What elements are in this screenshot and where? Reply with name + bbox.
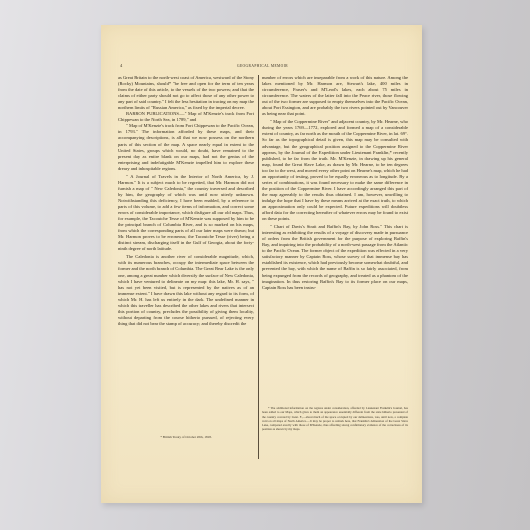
running-head: 4 GEOGRAPHICAL MEMOIR — [117, 63, 408, 71]
paragraph: BARRON PUBLICATIONS.—" Map of M'Kenzie's… — [118, 111, 254, 123]
document-page: 4 GEOGRAPHICAL MEMOIR as Great Britain t… — [101, 25, 422, 503]
paragraph: " A Journal of Travels in the Interior o… — [118, 174, 254, 253]
running-head-title: GEOGRAPHICAL MEMOIR — [117, 64, 408, 68]
footnote-text: * The additional information on the regi… — [262, 406, 408, 432]
paragraph: " Chart of Davis's Strait and Baffin's B… — [262, 224, 408, 291]
left-column: as Great Britain to the north-west coast… — [118, 75, 254, 327]
footnote-left: * British Treaty of October 20th, 1818. — [118, 435, 254, 439]
paragraph: The Caledonia is another river of consid… — [118, 254, 254, 327]
footnote-right: * The additional information on the regi… — [262, 406, 408, 432]
right-column: number of errors which are inseparable f… — [262, 75, 408, 291]
column-divider — [258, 75, 259, 459]
paragraph: " Map of M'Kenzie's track from Fort Chip… — [118, 123, 254, 171]
paragraph: as Great Britain to the north-west coast… — [118, 75, 254, 111]
paragraph: " Map of the Coppermine River" and adjac… — [262, 119, 408, 222]
paragraph: number of errors which are inseparable f… — [262, 75, 408, 117]
